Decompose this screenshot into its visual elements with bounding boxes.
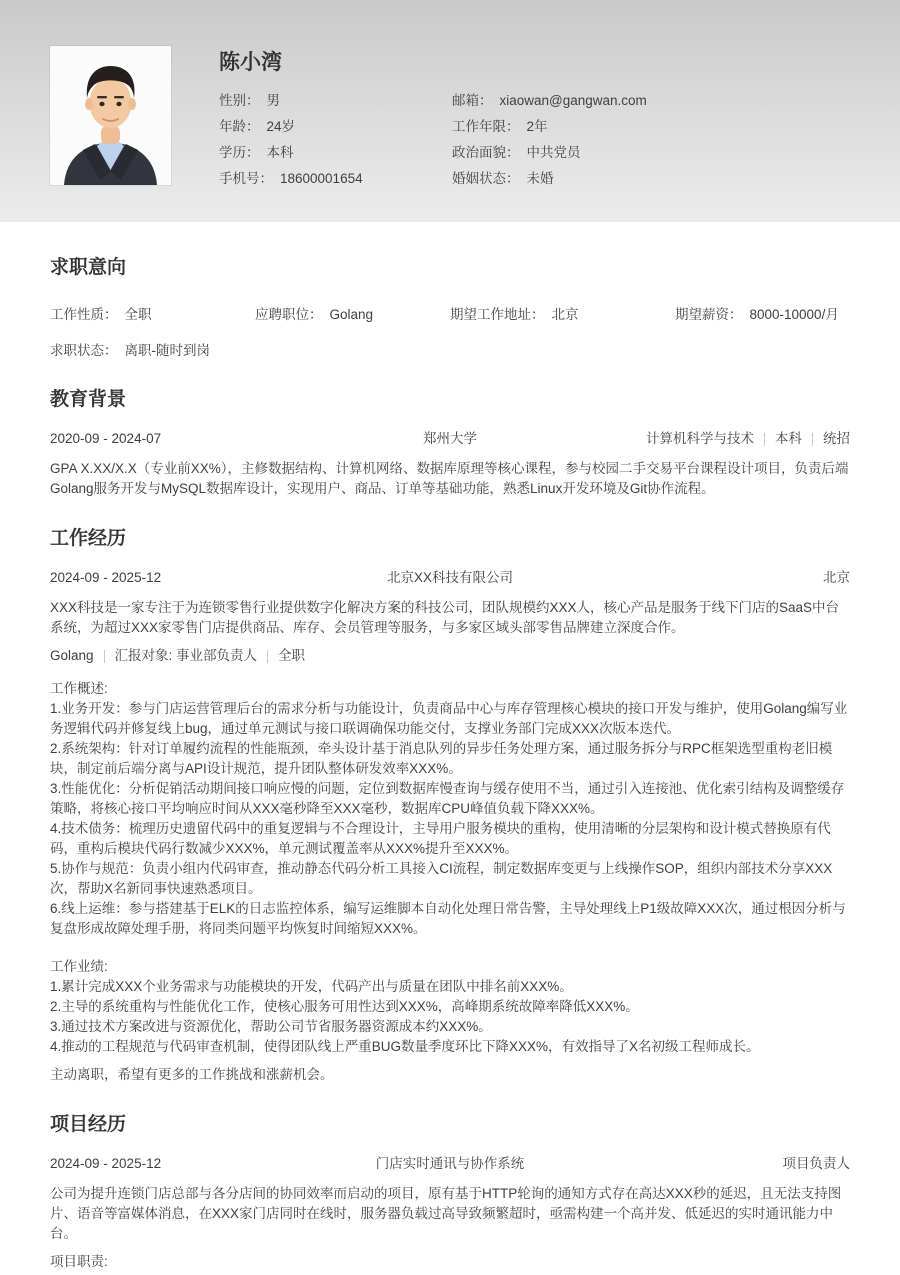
education-meta-row: 2020-09 - 2024-07 郑州大学 计算机科学与技术 本科 统招 [50,429,850,449]
work-overview-title: 工作概述: [50,679,850,699]
intent-label: 期望薪资： [675,307,743,322]
person-avatar-illustration [50,46,171,185]
separator [812,433,813,446]
info-label: 政治面貌： [452,145,520,160]
section-title-job-intention: 求职意向 [50,257,850,278]
intent-label: 求职状态： [50,343,118,358]
work-leaving-note: 主动离职，希望有更多的工作挑战和涨薪机会。 [50,1065,850,1085]
intent-job-nature: 工作性质：全职 [50,305,255,324]
education-date-range: 2020-09 - 2024-07 [50,429,423,449]
intent-salary: 期望薪资：8000-10000/月 [675,305,850,324]
work-overview-block: 工作概述: 1.业务开发：参与门店运营管理后台的需求分析与功能设计，负责商品中心… [50,679,850,939]
info-political-status: 政治面貌：中共党员 [452,140,850,166]
education-major: 计算机科学与技术 [646,429,754,449]
intent-value: 离职-随时到岗 [125,343,211,358]
education-description: GPA X.XX/X.X（专业前XX%），主修数据结构、计算机网络、数据库原理等… [50,459,850,499]
info-label: 手机号： [219,171,273,186]
intent-label: 工作性质： [50,307,118,322]
section-title-work-experience: 工作经历 [50,528,850,549]
section-title-project-experience: 项目经历 [50,1114,850,1135]
project-meta-row: 2024-09 - 2025-12 门店实时通讯与协作系统 项目负责人 [50,1154,850,1174]
info-label: 学历： [219,145,260,160]
education-major-group: 计算机科学与技术 本科 统招 [477,429,850,449]
info-degree: 学历：本科 [219,140,452,166]
separator [267,650,268,663]
work-results-item: 1.累计完成XXX个业务需求与功能模块的开发，代码产出与质量在团队中排名前XXX… [50,977,850,997]
info-phone: 手机号：18600001654 [219,166,452,192]
info-label: 婚姻状态： [452,171,520,186]
work-job-type: 全职 [278,646,305,666]
work-overview-item: 2.系统架构：针对订单履约流程的性能瓶颈，牵头设计基于消息队列的异步任务处理方案… [50,739,850,779]
info-value: 本科 [267,145,294,160]
info-label: 工作年限： [452,119,520,134]
info-value: 未婚 [527,171,554,186]
intent-value: Golang [330,307,374,322]
project-duty-title: 项目职责: [50,1252,850,1272]
work-role-line: Golang 汇报对象: 事业部负责人 全职 [50,646,850,666]
work-overview-item: 1.业务开发：参与门店运营管理后台的需求分析与功能设计，负责商品中心与库存管理核… [50,699,850,739]
intent-location: 期望工作地址：北京 [450,305,675,324]
work-company-name: 北京XX科技有限公司 [387,568,513,588]
work-results-item: 2.主导的系统重构与性能优化工作，使核心服务可用性达到XXX%，高峰期系统故障率… [50,997,850,1017]
work-date-range: 2024-09 - 2025-12 [50,568,387,588]
intent-value: 全职 [125,307,152,322]
intent-value: 8000-10000/月 [750,307,839,322]
info-value: xiaowan@gangwan.com [500,93,647,108]
section-title-education: 教育背景 [50,389,850,410]
info-age: 年龄：24岁 [219,114,452,140]
work-overview-item: 6.线上运维：参与搭建基于ELK的日志监控体系，编写运维脚本自动化处理日常告警，… [50,899,850,939]
info-label: 性别： [219,93,260,108]
education-admission-type: 统招 [823,429,850,449]
work-position: Golang [50,646,94,666]
job-intention-grid: 工作性质：全职 应聘职位：Golang 期望工作地址：北京 期望薪资：8000-… [50,305,850,360]
header-info: 陈小湾 性别：男 邮箱：xiaowan@gangwan.com 年龄：24岁 工… [219,46,850,222]
work-overview-item: 5.协作与规范：负责小组内代码审查，推动静态代码分析工具接入CI流程，制定数据库… [50,859,850,899]
resume-body: 求职意向 工作性质：全职 应聘职位：Golang 期望工作地址：北京 期望薪资：… [0,257,900,1272]
info-label: 邮箱： [452,93,493,108]
info-value: 男 [267,93,281,108]
info-work-years: 工作年限：2年 [452,114,850,140]
project-date-range: 2024-09 - 2025-12 [50,1154,376,1174]
work-results-item: 4.推动的工程规范与代码审查机制，使得团队线上严重BUG数量季度环比下降XXX%… [50,1037,850,1057]
info-gender: 性别：男 [219,88,452,114]
candidate-name: 陈小湾 [219,50,850,76]
education-school: 郑州大学 [423,429,477,449]
work-results-title: 工作业绩: [50,957,850,977]
project-role: 项目负责人 [524,1154,850,1174]
company-introduction: XXX科技是一家专注于为连锁零售行业提供数字化解决方案的科技公司，团队规模约XX… [50,598,850,638]
intent-status: 求职状态：离职-随时到岗 [50,341,850,360]
intent-value: 北京 [552,307,579,322]
work-report-to: 汇报对象: 事业部负责人 [115,646,258,666]
resume-header: 陈小湾 性别：男 邮箱：xiaowan@gangwan.com 年龄：24岁 工… [0,0,900,222]
education-degree: 本科 [775,429,802,449]
work-meta-row: 2024-09 - 2025-12 北京XX科技有限公司 北京 [50,568,850,588]
work-location: 北京 [513,568,850,588]
basic-info-grid: 性别：男 邮箱：xiaowan@gangwan.com 年龄：24岁 工作年限：… [219,88,850,192]
work-results-block: 工作业绩: 1.累计完成XXX个业务需求与功能模块的开发，代码产出与质量在团队中… [50,957,850,1057]
info-value: 2年 [527,119,548,134]
intent-position: 应聘职位：Golang [255,305,450,324]
info-marital-status: 婚姻状态：未婚 [452,166,850,192]
project-name: 门店实时通讯与协作系统 [376,1154,525,1174]
info-value: 中共党员 [527,145,581,160]
project-background: 公司为提升连锁门店总部与各分店间的协同效率而启动的项目，原有基于HTTP轮询的通… [50,1184,850,1244]
info-value: 18600001654 [280,171,363,186]
work-overview-item: 3.性能优化：分析促销活动期间接口响应慢的问题，定位到数据库慢查询与缓存使用不当… [50,779,850,819]
intent-label: 期望工作地址： [450,307,545,322]
info-email: 邮箱：xiaowan@gangwan.com [452,88,850,114]
info-value: 24岁 [267,119,296,134]
separator [764,433,765,446]
info-label: 年龄： [219,119,260,134]
work-results-item: 3.通过技术方案改进与资源优化，帮助公司节省服务器资源成本约XXX%。 [50,1017,850,1037]
work-overview-item: 4.技术债务：梳理历史遗留代码中的重复逻辑与不合理设计，主导用户服务模块的重构，… [50,819,850,859]
profile-photo [50,46,171,185]
intent-label: 应聘职位： [255,307,323,322]
separator [104,650,105,663]
